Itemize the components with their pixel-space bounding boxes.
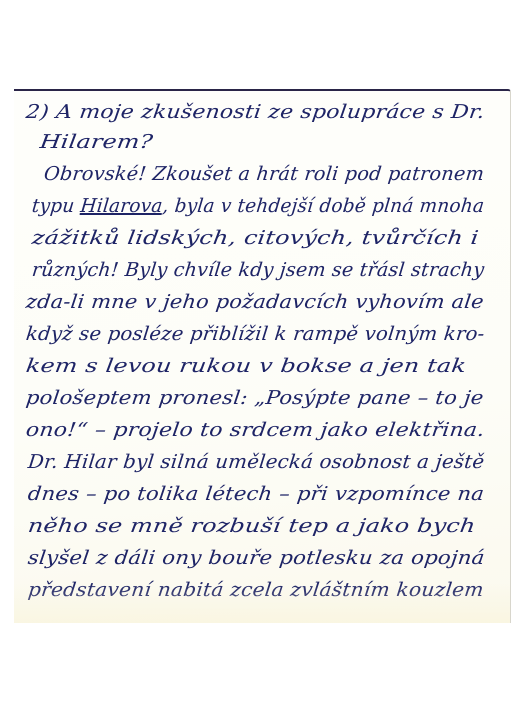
text-line-6: různých! Byly chvíle kdy jsem se třásl s… [31, 259, 486, 281]
underlined-name: Hilarova [79, 195, 163, 217]
text-line-3: Obrovské! Zkoušet a hrát roli pod patron… [43, 163, 485, 185]
text-line-15: slyšel z dáli ony bouře potlesku za opoj… [27, 547, 486, 569]
text-line-13: dnes – po tolika létech – při vzpomínce … [27, 483, 486, 505]
text-line-5: zážitků lidských, citových, tvůrčích i [31, 227, 481, 249]
text-line-2: Hilarem? [39, 131, 155, 153]
text-line-10: pološeptem pronesl: „Posýpte pane – to j… [25, 387, 485, 409]
text-line-7: zda-li mne v jeho požadavcích vyhovím al… [25, 291, 485, 313]
text-line-11: ono!“ – projelo to srdcem jako elektřina… [25, 419, 486, 441]
text-line-4: typu Hilarova, byla v tehdejší době plná… [31, 195, 485, 217]
text-line-9: kem s levou rukou v bokse a jen tak [25, 355, 468, 377]
text-line-12: Dr. Hilar byl silná umělecká osobnost a … [27, 451, 486, 473]
letter-page: 2) A moje zkušenosti ze spolupráce s Dr.… [14, 89, 511, 623]
text-line-1: 2) A moje zkušenosti ze spolupráce s Dr. [25, 101, 486, 123]
text-line-8: když se posléze přiblížil k rampě volným… [25, 323, 486, 345]
text-line-4-start: typu [31, 195, 82, 217]
text-line-14: něho se mně rozbuší tep a jako bych [27, 515, 477, 537]
text-line-16: představení nabitá zcela zvláštním kouzl… [27, 579, 485, 601]
text-line-4-rest: , byla v tehdejší době plná mnoha [161, 195, 485, 217]
